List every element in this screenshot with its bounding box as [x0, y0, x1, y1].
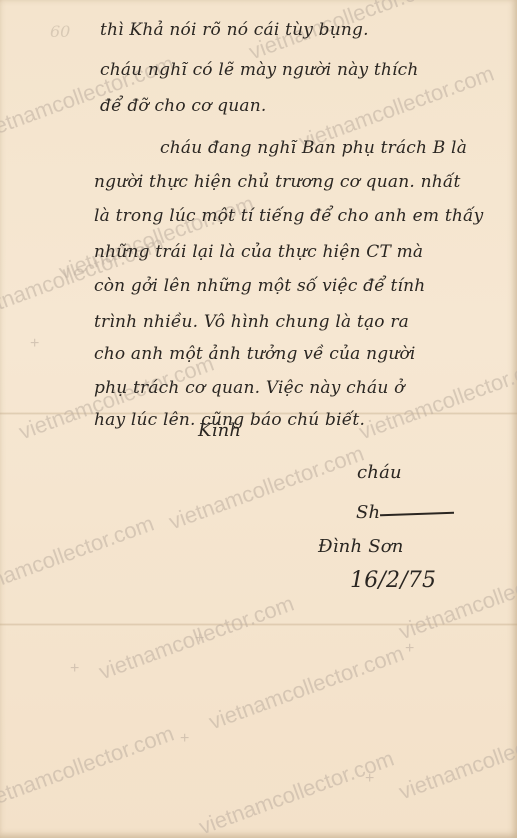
watermark-plus: + — [195, 630, 204, 648]
letter-body-line: cho anh một ảnh tưởng về của người — [94, 344, 416, 364]
letter-body-line: để đỡ cho cơ quan. — [100, 96, 266, 116]
watermark: vietnamcollector.com — [0, 511, 157, 606]
letter-body-line: người thực hiện chủ trương cơ quan. nhất — [94, 172, 461, 192]
signature-stroke — [380, 512, 454, 516]
watermark: vietnamcollector.com — [196, 746, 398, 838]
watermark: vietnamcollector.com — [166, 441, 368, 536]
signer-name: Đình Sơn — [318, 536, 404, 557]
watermark-plus: + — [180, 730, 189, 748]
paper-fold-line — [0, 623, 517, 626]
signature: Sh — [356, 502, 380, 523]
letter-body-line: trình nhiều. Vô hình chung là tạo ra — [94, 312, 409, 332]
watermark-plus: + — [30, 335, 39, 353]
letter-date: 16/2/75 — [350, 568, 436, 593]
letter-body-line: thì Khả nói rõ nó cái tùy bụng. — [100, 20, 369, 40]
letter-body-line: là trong lúc một tí tiếng để cho anh em … — [94, 206, 483, 226]
watermark: vietnamcollector.com — [56, 191, 258, 286]
letter-body-line: cháu đang nghĩ Ban phụ trách B là — [160, 138, 467, 158]
watermark-plus: + — [405, 640, 414, 658]
watermark: vietnamcollector.com — [396, 551, 517, 646]
letter-body-line: phụ trách cơ quan. Việc này cháu ở — [94, 378, 405, 398]
letter-body-line: cháu nghĩ có lẽ mày người này thích — [100, 60, 419, 80]
letter-closing: Kính — [198, 420, 241, 441]
watermark-plus: + — [70, 660, 79, 678]
letter-body-line: những trái lại là của thực hiện CT mà — [94, 242, 423, 262]
watermark: vietnamcollector.com — [396, 711, 517, 806]
letter-body-line: còn gởi lên những một số việc để tính — [94, 276, 425, 296]
margin-page-number: 60 — [50, 22, 70, 41]
watermark: vietnamcollector.com — [206, 641, 408, 736]
watermark-plus: + — [365, 770, 374, 788]
letter-signoff: cháu — [357, 462, 402, 483]
letter-paper: 60 vietnamcollector.com vietnamcollector… — [0, 0, 517, 838]
watermark: vietnamcollector.com — [0, 721, 177, 816]
